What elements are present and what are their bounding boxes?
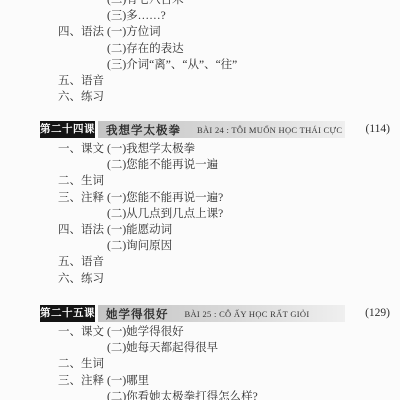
- lesson-number-box: 第二十四课: [40, 121, 95, 138]
- row-text: (一)方位词: [107, 24, 400, 40]
- toc-row: (三)多……?: [58, 8, 400, 24]
- row-label: [58, 41, 107, 57]
- row-text: (二)您能不能再说一遍: [107, 157, 390, 173]
- row-label: 六、练习: [58, 271, 107, 287]
- row-text: (二)有七八百米: [107, 0, 400, 8]
- toc-row: (二)您能不能再说一遍: [58, 157, 390, 173]
- row-text: (一)我想学太极拳: [107, 141, 390, 157]
- lesson-title-bar: 我想学太极拳 BÀI 24 : TÔI MUỐN HỌC THÁI CỰC QU…: [98, 121, 345, 138]
- lesson-number-box: 第二十五课: [40, 305, 95, 322]
- row-label: 二、生词: [58, 356, 107, 372]
- row-label: 三、注释: [58, 373, 107, 389]
- toc-row: 二、生词: [58, 173, 390, 189]
- row-text: (一)您能不能再说一遍?: [107, 190, 390, 206]
- row-text: [107, 254, 390, 270]
- toc-row: 四、语法 (一)能愿动词: [58, 222, 390, 238]
- row-label: [58, 238, 107, 254]
- row-label: 一、课文: [58, 324, 107, 340]
- toc-row: 二、生词: [58, 356, 390, 372]
- row-text: (二)她每天都起得很早: [107, 340, 390, 356]
- lesson-25-rows: 一、课文 (一)她学得很好 (二)她每天都起得很早 二、生词 三、注释 (一)哪…: [58, 324, 390, 400]
- toc-row: 五、语音: [58, 73, 400, 89]
- lesson-25-header: 第二十五课 她学得很好 BÀI 25 : CÔ ẤY HỌC RẤT GIỎI …: [40, 305, 390, 322]
- toc-row: (二)从几点到几点上课?: [58, 206, 390, 222]
- toc-row: 五、语音: [58, 254, 390, 270]
- lesson-title-bar: 她学得很好 BÀI 25 : CÔ ẤY HỌC RẤT GIỎI: [98, 305, 345, 322]
- row-label: [58, 57, 107, 73]
- row-text: (三)介词“离”、“从”、“往”: [107, 57, 400, 73]
- toc-row: 三、注释 (一)您能不能再说一遍?: [58, 190, 390, 206]
- toc-row: 六、练习: [58, 89, 400, 105]
- row-label: 五、语音: [58, 73, 107, 89]
- row-text: (一)她学得很好: [107, 324, 390, 340]
- lesson-title-vi: BÀI 24 : TÔI MUỐN HỌC THÁI CỰC QUYỀN: [197, 125, 345, 135]
- row-text: (一)能愿动词: [107, 222, 390, 238]
- toc-page: (二)有七八百米 (三)多……? 四、语法 (一)方位词 (二)存在的表达 (三…: [0, 0, 400, 400]
- toc-row: 一、课文 (一)我想学太极拳: [58, 141, 390, 157]
- row-text: (二)你看她太极拳打得怎么样?: [107, 389, 390, 400]
- row-label: [58, 206, 107, 222]
- lesson-23-tail-section: (二)有七八百米 (三)多……? 四、语法 (一)方位词 (二)存在的表达 (三…: [58, 0, 400, 105]
- toc-row: 三、注释 (一)哪里: [58, 373, 390, 389]
- row-text: (一)哪里: [107, 373, 390, 389]
- row-label: [58, 157, 107, 173]
- lesson-24-section: 第二十四课 我想学太极拳 BÀI 24 : TÔI MUỐN HỌC THÁI …: [40, 121, 390, 287]
- toc-row: (三)介词“离”、“从”、“往”: [58, 57, 400, 73]
- row-label: 三、注释: [58, 190, 107, 206]
- row-text: [107, 89, 400, 105]
- toc-row: (二)询问原因: [58, 238, 390, 254]
- row-label: 四、语法: [58, 222, 107, 238]
- row-label: [58, 8, 107, 24]
- lesson-24-header: 第二十四课 我想学太极拳 BÀI 24 : TÔI MUỐN HỌC THÁI …: [40, 121, 390, 138]
- toc-row: (二)你看她太极拳打得怎么样?: [58, 389, 390, 400]
- row-text: [107, 173, 390, 189]
- lesson-24-rows: 一、课文 (一)我想学太极拳 (二)您能不能再说一遍 二、生词 三、注释 (一)…: [58, 141, 390, 287]
- toc-row: 六、练习: [58, 271, 390, 287]
- row-text: [107, 271, 390, 287]
- row-text: (二)询问原因: [107, 238, 390, 254]
- row-text: (二)从几点到几点上课?: [107, 206, 390, 222]
- row-text: [107, 356, 390, 372]
- row-label: 六、练习: [58, 89, 107, 105]
- lesson-title-vi: BÀI 25 : CÔ ẤY HỌC RẤT GIỎI: [185, 309, 310, 319]
- row-label: 一、课文: [58, 141, 107, 157]
- row-text: (三)多……?: [107, 8, 400, 24]
- row-label: 二、生词: [58, 173, 107, 189]
- toc-row: 四、语法 (一)方位词: [58, 24, 400, 40]
- toc-row: (二)有七八百米: [58, 0, 400, 8]
- row-label: [58, 0, 107, 8]
- row-label: 四、语法: [58, 24, 107, 40]
- row-text: (二)存在的表达: [107, 41, 400, 57]
- page-number: (129): [365, 305, 390, 322]
- toc-row: (二)她每天都起得很早: [58, 340, 390, 356]
- row-label: [58, 389, 107, 400]
- lesson-title-zh: 她学得很好: [106, 306, 169, 322]
- row-label: [58, 340, 107, 356]
- lesson-25-section: 第二十五课 她学得很好 BÀI 25 : CÔ ẤY HỌC RẤT GIỎI …: [40, 305, 390, 400]
- toc-row: 一、课文 (一)她学得很好: [58, 324, 390, 340]
- row-label: 五、语音: [58, 254, 107, 270]
- row-text: [107, 73, 400, 89]
- page-number: (114): [366, 121, 390, 138]
- toc-row: (二)存在的表达: [58, 41, 400, 57]
- lesson-title-zh: 我想学太极拳: [106, 122, 181, 138]
